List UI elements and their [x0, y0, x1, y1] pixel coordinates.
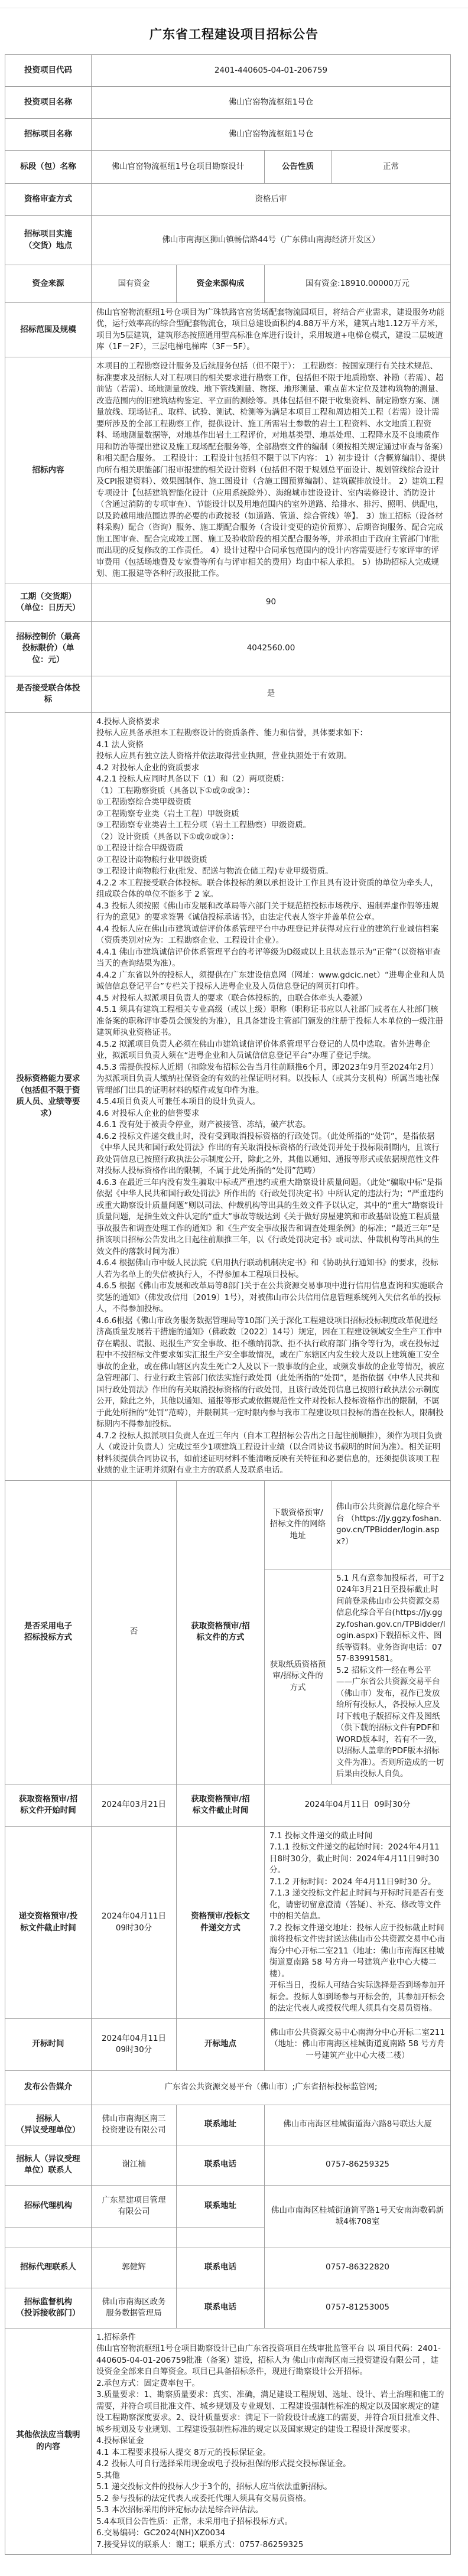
tender-name-label: 招标项目名称 — [5, 119, 92, 151]
invest-name-label: 投资项目名称 — [5, 87, 92, 119]
agency-contact-value: 郭健辉 — [92, 2248, 177, 2288]
scope-label: 招标范围及规模 — [5, 303, 92, 357]
spacer-cell — [177, 2227, 265, 2248]
spacer-cell — [92, 2227, 177, 2248]
row-duration: 工期（交货期） （单位：日历天） 90 — [5, 584, 451, 621]
announcement-page: 广东省工程建设项目招标公告 投资项目代码 2401-440605-04-01-2… — [0, 8, 468, 2555]
row-submit: 递交资格预审/投 标文件截止时间 2024年04月11日 09时30分 资格预审… — [5, 1826, 451, 2018]
media-label: 发布公告媒介 — [5, 2070, 92, 2105]
paper-method-label: 获取纸质资格预 审/招标文件的 方式 — [265, 1569, 331, 1784]
qualification-label: 投标资格能力要求 （包括但不限于资 质人员、业绩等要 求） — [5, 712, 92, 1480]
row-electronic-download: 是否采用电子 招标投标方式 否 获取资格预审/招 标文件的方式 下载资格预审/ … — [5, 1480, 451, 1569]
doc-deadline-label: 获取资格预审/招 标文件截止时间 — [177, 1784, 265, 1826]
agency-value: 广东星建项目管理 有限公司 — [92, 2185, 177, 2227]
scope-value: 佛山官窑物流枢纽1号仓项目为广珠铁路官窑货场配套物流园项目，将结合产业需求，建设… — [92, 303, 451, 357]
supervisor-phone-value: 0757-81253005 — [265, 2288, 451, 2328]
qual-method-value: 资格后审 — [92, 184, 451, 216]
location-label: 招标项目实施 （交货）地点 — [5, 216, 92, 265]
row-other: 其他依法应当载明 的内容 1.招标条件 佛山官窑物流枢纽1号仓项目勘察设计已由广… — [5, 2328, 451, 2555]
row-invest-code: 投资项目代码 2401-440605-04-01-206759 — [5, 55, 451, 87]
row-funds: 资金来源 国有资金 资金来源构成 国有资金:18910.00000万元 — [5, 265, 451, 303]
qualification-value: 4.投标人资格要求 投标人应具备承担本工程勘察设计的资质条件、能力和信誉，具体要… — [92, 712, 451, 1480]
announcement-table: 投资项目代码 2401-440605-04-01-206759 投资项目名称 佛… — [5, 54, 451, 2555]
tenderee-phone-label: 联系电话 — [177, 2145, 265, 2185]
content-label: 招标内容 — [5, 357, 92, 584]
submit-deadline-value: 2024年04月11日 09时30分 — [92, 1826, 177, 2018]
electronic-value: 否 — [92, 1480, 177, 1784]
row-doc-time: 获取资格预审/招 标文件开始时间 2024年03月21日 获取资格预审/招 标文… — [5, 1784, 451, 1826]
supervisor-value: 佛山市南海区政务 服务数据管理局 — [92, 2288, 177, 2328]
invest-name-value: 佛山官窑物流枢纽1号仓 — [92, 87, 451, 119]
download-url-label: 下载资格预审/ 招标文件的网络 地址 — [265, 1480, 331, 1569]
duration-value: 90 — [92, 584, 451, 621]
agency-label: 招标代理机构 — [5, 2185, 92, 2227]
agency-address-value: 佛山市南海区桂城街道简平路1号天安南海数码新城4栋708室 — [265, 2185, 451, 2248]
section-label: 标段（包）名称 — [5, 151, 92, 184]
section-value: 佛山官窑物流枢纽1号仓项目勘察设计 — [92, 151, 265, 184]
qual-method-label: 资格审查方式 — [5, 184, 92, 216]
opening-place-label: 开标地点 — [177, 2018, 265, 2070]
row-scope: 招标范围及规模 佛山官窑物流枢纽1号仓项目为广珠铁路官窑货场配套物流园项目，将结… — [5, 303, 451, 357]
ceiling-price-label: 招标控制价（最高 投标限价）（单 位：元） — [5, 621, 92, 676]
submit-method-value: 7.1 投标文件递交的截止时间 7.1.1 投标文件递交的起始时间：2024年4… — [265, 1826, 451, 2018]
row-invest-name: 投资项目名称 佛山官窑物流枢纽1号仓 — [5, 87, 451, 119]
duration-label: 工期（交货期） （单位：日历天） — [5, 584, 92, 621]
supervisor-phone-label: 联系电话 — [177, 2288, 265, 2328]
funds-composition-value: 国有资金:18910.00000万元 — [265, 265, 451, 303]
doc-start-label: 获取资格预审/招 标文件开始时间 — [5, 1784, 92, 1826]
agency-contact-label: 招标代理联系人 — [5, 2248, 92, 2288]
opening-place-value: 佛山市公共资源交易中心南海分中心开标二室211（地址：佛山市南海区桂城街道夏南路… — [265, 2018, 451, 2070]
row-tenderee: 招标人 （异议受理单位） 佛山市南海区南三 投资建设有限公司 联系地址 佛山市南… — [5, 2105, 451, 2145]
row-media: 发布公告媒介 广东省公共资源交易平台（佛山市）;广东省招标投标监管网; — [5, 2070, 451, 2105]
obtain-method-label: 获取资格预审/招 标文件的方式 — [177, 1480, 265, 1784]
other-label: 其他依法应当载明 的内容 — [5, 2328, 92, 2555]
row-agency: 招标代理机构 广东星建项目管理 有限公司 联系地址 佛山市南海区桂城街道简平路1… — [5, 2185, 451, 2227]
media-value: 广东省公共资源交易平台（佛山市）;广东省招标投标监管网; — [92, 2070, 451, 2105]
ceiling-price-value: 4042560.00 — [92, 621, 451, 676]
tenderee-contact-value: 谢江楠 — [92, 2145, 177, 2185]
page-title: 广东省工程建设项目招标公告 — [0, 25, 468, 43]
electronic-label: 是否采用电子 招标投标方式 — [5, 1480, 92, 1784]
location-value: 佛山市南海区狮山镇畅信路44号（广东佛山南海经济开发区） — [92, 216, 451, 265]
invest-code-value: 2401-440605-04-01-206759 — [92, 55, 451, 87]
opening-time-value: 2024年04月11日 09时30分 — [92, 2018, 177, 2070]
spacer-cell — [5, 2227, 92, 2248]
consortium-label: 是否接受联合体投 标 — [5, 676, 92, 712]
paper-method-value: 5.1 凡有意参加投标者，可于2024年3月21日至投标截止时间前登录佛山市公共… — [331, 1569, 451, 1784]
row-ceiling-price: 招标控制价（最高 投标限价）（单 位：元） 4042560.00 — [5, 621, 451, 676]
row-consortium: 是否接受联合体投 标 是 — [5, 676, 451, 712]
agency-phone-value: 0757-86322820 — [265, 2248, 451, 2288]
row-supervisor: 招标监督机构 （投诉接收部门） 佛山市南海区政务 服务数据管理局 联系电话 07… — [5, 2288, 451, 2328]
notice-nature-value: 正常 — [331, 151, 451, 184]
row-opening: 开标时间 2024年04月11日 09时30分 开标地点 佛山市公共资源交易中心… — [5, 2018, 451, 2070]
row-section: 标段（包）名称 佛山官窑物流枢纽1号仓项目勘察设计 公告性质 正常 — [5, 151, 451, 184]
invest-code-label: 投资项目代码 — [5, 55, 92, 87]
doc-start-value: 2024年03月21日 — [92, 1784, 177, 1826]
funds-value: 国有资金 — [92, 265, 177, 303]
download-url-value: 佛山市公共资源信息化综合平台 （https://jy.ggzy.foshan.g… — [331, 1480, 451, 1569]
tenderee-contact-label: 招标人（异议受理 单位）联系人 — [5, 2145, 92, 2185]
agency-phone-label: 联系电话 — [177, 2248, 265, 2288]
notice-nature-label: 公告性质 — [265, 151, 331, 184]
row-tenderee-contact: 招标人（异议受理 单位）联系人 谢江楠 联系电话 0757-86259325 — [5, 2145, 451, 2185]
tenderee-phone-value: 0757-86259325 — [265, 2145, 451, 2185]
funds-composition-label: 资金来源构成 — [177, 265, 265, 303]
submit-deadline-label: 递交资格预审/投 标文件截止时间 — [5, 1826, 92, 2018]
doc-deadline-value: 2024年04月11日 09时30分 — [265, 1784, 451, 1826]
tenderee-value: 佛山市南海区南三 投资建设有限公司 — [92, 2105, 177, 2145]
tenderee-label: 招标人 （异议受理单位） — [5, 2105, 92, 2145]
row-qualification: 投标资格能力要求 （包括但不限于资 质人员、业绩等要 求） 4.投标人资格要求 … — [5, 712, 451, 1480]
tender-name-value: 佛山官窑物流枢纽1号仓 — [92, 119, 451, 151]
tenderee-address-value: 佛山市南海区桂城街道海六路8号联达大厦 — [265, 2105, 451, 2145]
submit-method-label: 资格预审/投标文 件递交方式 — [177, 1826, 265, 2018]
top-divider — [0, 8, 468, 8]
tenderee-address-label: 联系地址 — [177, 2105, 265, 2145]
row-location: 招标项目实施 （交货）地点 佛山市南海区狮山镇畅信路44号（广东佛山南海经济开发… — [5, 216, 451, 265]
consortium-value: 是 — [92, 676, 451, 712]
agency-address-label: 联系地址 — [177, 2185, 265, 2227]
funds-label: 资金来源 — [5, 265, 92, 303]
other-value: 1.招标条件 佛山官窑物流枢纽1号仓项目勘察设计已由广东省投资项目在线审批监管平… — [92, 2328, 451, 2555]
row-content: 招标内容 本项目的工程勘察设计服务及后续服务包括（但不限于）： 工程勘察：按国家… — [5, 357, 451, 584]
row-tender-name: 招标项目名称 佛山官窑物流枢纽1号仓 — [5, 119, 451, 151]
row-agency-contact: 招标代理联系人 郭健辉 联系电话 0757-86322820 — [5, 2248, 451, 2288]
row-qual-method: 资格审查方式 资格后审 — [5, 184, 451, 216]
content-value: 本项目的工程勘察设计服务及后续服务包括（但不限于）： 工程勘察：按国家现行有关技… — [92, 357, 451, 584]
opening-time-label: 开标时间 — [5, 2018, 92, 2070]
supervisor-label: 招标监督机构 （投诉接收部门） — [5, 2288, 92, 2328]
